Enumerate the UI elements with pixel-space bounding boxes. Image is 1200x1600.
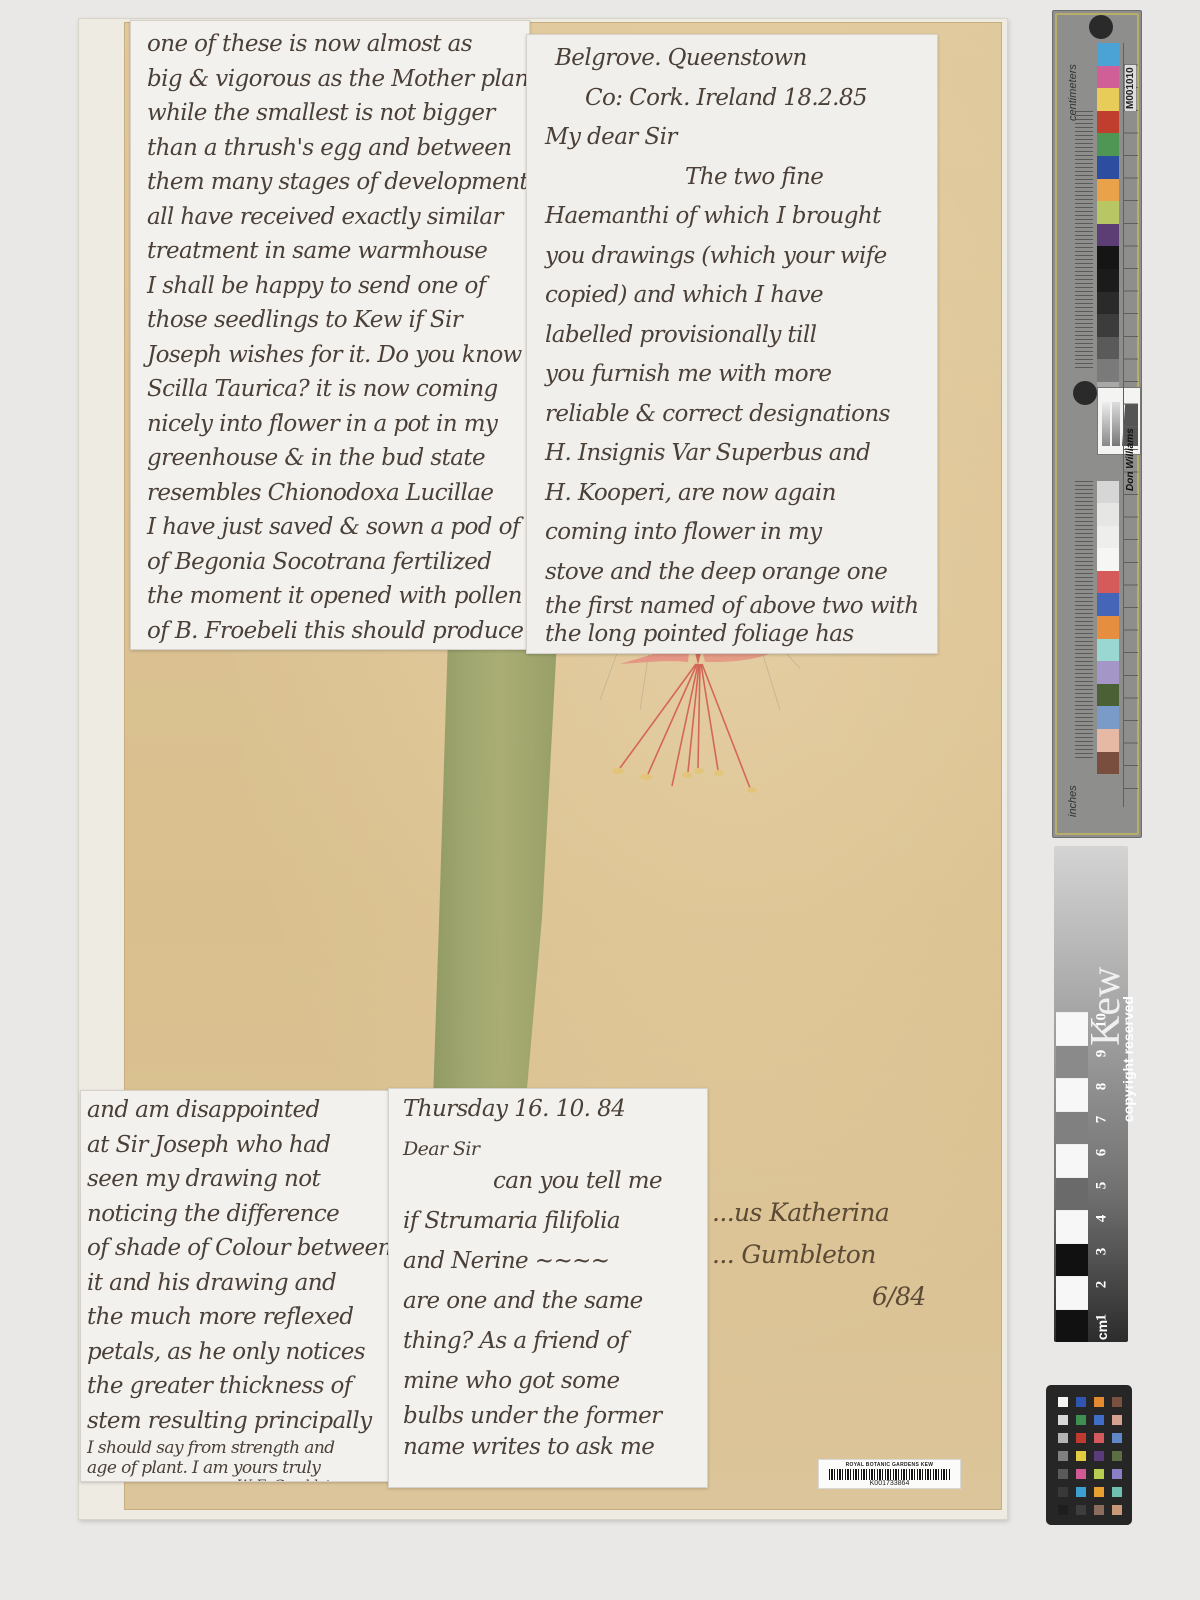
copyright-notice: copyright reserved (1120, 996, 1136, 1122)
color-patch (1097, 481, 1119, 504)
color-patch (1097, 337, 1119, 360)
color-swatch (1094, 1487, 1104, 1497)
color-patch (1097, 179, 1119, 202)
flower-drawing (600, 640, 800, 810)
handwritten-line: the long pointed foliage has (545, 620, 918, 648)
cm-ruler-ticks (1075, 111, 1093, 371)
salutation: My dear Sir (545, 118, 918, 158)
handwritten-line: and Nerine ~~~~ (403, 1241, 662, 1281)
handwritten-line: copied) and which I have (545, 276, 918, 316)
handwritten-line: the moment it opened with pollen (147, 579, 530, 614)
scale-number: 10 (1094, 1009, 1111, 1033)
handwritten-line: resembles Chionodoxa Lucillae (147, 476, 530, 511)
handwritten-line: labelled provisionally till (545, 316, 918, 356)
handwritten-line: the first named of above two with (545, 592, 918, 620)
handwritten-line: big & vigorous as the Mother plant (147, 62, 530, 97)
color-patch (1097, 269, 1119, 292)
color-patch (1097, 661, 1119, 684)
scale-numbers: 10 9 8 7 6 5 4 3 2 1 (1090, 1012, 1120, 1342)
color-swatch (1058, 1451, 1068, 1461)
strip-id-code: M001010 (1125, 65, 1136, 111)
letter-date: Thursday 16. 10. 84 (403, 1089, 662, 1129)
handwritten-line: coming into flower in my (545, 513, 918, 553)
color-swatch (1058, 1487, 1068, 1497)
handwritten-line: than a thrush's egg and between (147, 131, 530, 166)
color-swatch (1076, 1451, 1086, 1461)
color-patch (1097, 752, 1119, 775)
handwritten-line: those seedlings to Kew if Sir (147, 303, 530, 338)
color-checker-card (1046, 1385, 1132, 1525)
color-swatch (1094, 1433, 1104, 1443)
color-patch (1097, 571, 1119, 594)
color-patch (1097, 246, 1119, 269)
salutation: Dear Sir (403, 1129, 662, 1161)
scale-number: 6 (1094, 1141, 1111, 1165)
institution-name: ROYAL BOTANIC GARDENS KEW (819, 1462, 960, 1469)
letter-top-left: one of these is now almost as big & vigo… (130, 20, 530, 650)
letter-text: Belgrove. Queenstown Co: Cork. Ireland 1… (545, 39, 918, 648)
handwritten-line: noticing the difference (87, 1197, 392, 1232)
color-patch (1097, 201, 1119, 224)
handwritten-line: at Sir Joseph who had (87, 1128, 392, 1163)
scale-number: 8 (1094, 1075, 1111, 1099)
handwritten-line: you furnish me with more (545, 355, 918, 395)
color-swatch (1112, 1469, 1122, 1479)
annotation-line: ... Gumbleton (712, 1234, 926, 1276)
handwritten-line: Haemanthi of which I brought (545, 197, 918, 237)
address-line: Co: Cork. Ireland 18.2.85 (545, 79, 918, 119)
handwritten-line: greenhouse & in the bud state (147, 441, 530, 476)
handwritten-line: reliable & correct designations (545, 395, 918, 435)
density-table (1123, 43, 1138, 807)
strip-signature: Don Williams (1125, 428, 1136, 491)
handwritten-line: can you tell me (403, 1161, 662, 1201)
letter-text: and am disappointed at Sir Joseph who ha… (87, 1093, 392, 1482)
annotation-line: ...us Katherina (712, 1192, 926, 1234)
color-patch (1097, 156, 1119, 179)
scale-number: 4 (1094, 1207, 1111, 1231)
handwritten-line: thing? As a friend of (403, 1321, 662, 1361)
color-patch (1097, 639, 1119, 662)
handwritten-line: and am disappointed (87, 1093, 392, 1128)
handwritten-line: if Strumaria filifolia (403, 1201, 662, 1241)
color-swatch (1076, 1415, 1086, 1425)
color-swatch (1112, 1505, 1122, 1515)
sheet-annotation: ...us Katherina ... Gumbleton 6/84 (712, 1192, 926, 1318)
annotation-date: 6/84 (712, 1276, 926, 1318)
handwritten-line: of B. Froebeli this should produce (147, 614, 530, 649)
color-patch (1097, 548, 1119, 571)
color-patch (1097, 111, 1119, 134)
color-patch (1097, 66, 1119, 89)
color-swatch (1076, 1397, 1086, 1407)
color-patch (1097, 526, 1119, 549)
handwritten-line: mine who got some (403, 1361, 662, 1401)
handwritten-line: stove and the deep orange one (545, 553, 918, 593)
scale-number: 5 (1094, 1174, 1111, 1198)
scale-number: 2 (1094, 1273, 1111, 1297)
handwritten-line: bulbs under the former (403, 1401, 662, 1435)
color-patch (1097, 729, 1119, 752)
handwritten-line: them many stages of development (147, 165, 530, 200)
handwritten-line: I shall be happy to send one of (147, 269, 530, 304)
barcode-number: K001733864 (819, 1480, 960, 1488)
unit-label: cm (1094, 1320, 1110, 1340)
color-swatch (1058, 1397, 1068, 1407)
color-patch (1097, 616, 1119, 639)
color-swatch (1112, 1487, 1122, 1497)
inches-label: inches (1067, 785, 1079, 817)
handwritten-line: are one and the same (403, 1281, 662, 1321)
color-swatch (1094, 1397, 1104, 1407)
color-swatch (1076, 1505, 1086, 1515)
color-patch (1097, 133, 1119, 156)
color-calibration-strip: centimeters inches M001010 Don Williams (1052, 10, 1142, 838)
handwritten-line: nicely into flower in a pot in my (147, 407, 530, 442)
handwritten-line: H. Kooperi, are now again (545, 474, 918, 514)
letter-top-right: Belgrove. Queenstown Co: Cork. Ireland 1… (526, 34, 938, 654)
color-swatch (1076, 1469, 1086, 1479)
color-patch (1097, 292, 1119, 315)
handwritten-line: treatment in same warmhouse (147, 234, 530, 269)
handwritten-line: age of plant. I am yours truly (87, 1458, 392, 1478)
color-swatch (1112, 1451, 1122, 1461)
letter-text: one of these is now almost as big & vigo… (147, 27, 530, 650)
color-patch (1097, 593, 1119, 616)
handwritten-line: name writes to ask me (403, 1435, 662, 1463)
handwritten-line: seen my drawing not (87, 1162, 392, 1197)
color-swatch (1094, 1505, 1104, 1515)
handwritten-line: I should say from strength and (87, 1438, 392, 1458)
handwritten-line: petals, as he only notices (87, 1335, 392, 1370)
color-swatch (1058, 1469, 1068, 1479)
color-patch (1097, 503, 1119, 526)
kew-scale-ruler: Kew 10 9 8 7 6 5 4 3 2 1 copyright reser… (1054, 846, 1128, 1342)
handwritten-line: The two fine (545, 158, 918, 198)
color-swatch (1058, 1415, 1068, 1425)
barcode (829, 1469, 950, 1480)
color-patch (1097, 224, 1119, 247)
color-swatch (1112, 1433, 1122, 1443)
handwritten-line: one of these is now almost as (147, 27, 530, 62)
color-patch (1097, 706, 1119, 729)
barcode-label: ROYAL BOTANIC GARDENS KEW K001733864 (818, 1459, 961, 1489)
handwritten-line: I have just saved & sown a pod of seed (147, 510, 530, 545)
strip-hole (1073, 381, 1097, 405)
scale-number: 7 (1094, 1108, 1111, 1132)
color-patch (1097, 684, 1119, 707)
address-line: Belgrove. Queenstown (545, 39, 918, 79)
inch-ruler-ticks (1075, 481, 1093, 761)
color-patch (1097, 359, 1119, 382)
handwritten-line: the greater thickness of (87, 1369, 392, 1404)
handwritten-line: it and his drawing and (87, 1266, 392, 1301)
color-swatch (1094, 1469, 1104, 1479)
handwritten-line: Scilla Taurica? it is now coming (147, 372, 530, 407)
color-swatch (1112, 1415, 1122, 1425)
handwritten-line: all have received exactly similar (147, 200, 530, 235)
color-swatch (1058, 1505, 1068, 1515)
letter-bottom-right: Thursday 16. 10. 84 Dear Sir can you tel… (388, 1088, 708, 1488)
color-swatch (1094, 1415, 1104, 1425)
color-swatch (1112, 1397, 1122, 1407)
color-swatch (1058, 1433, 1068, 1443)
letter-text: Thursday 16. 10. 84 Dear Sir can you tel… (403, 1089, 662, 1463)
scale-number: 3 (1094, 1240, 1111, 1264)
color-swatch (1076, 1487, 1086, 1497)
handwritten-line: of Begonia Socotrana fertilized (147, 545, 530, 580)
handwritten-line: of shade of Colour between (87, 1231, 392, 1266)
letter-bottom-left: and am disappointed at Sir Joseph who ha… (80, 1090, 392, 1482)
signature-line: W. E. Gumbleton (87, 1478, 392, 1482)
handwritten-line: Joseph wishes for it. Do you know (147, 338, 530, 373)
strip-hole (1089, 15, 1113, 39)
color-patch (1097, 314, 1119, 337)
handwritten-line: H. Insignis Var Superbus and (545, 434, 918, 474)
handwritten-line: stem resulting principally (87, 1404, 392, 1439)
handwritten-line: the much more reflexed (87, 1300, 392, 1335)
handwritten-line: while the smallest is not bigger (147, 96, 530, 131)
color-swatch (1094, 1451, 1104, 1461)
color-patch (1097, 43, 1119, 66)
handwritten-line: you drawings (which your wife (545, 237, 918, 277)
handwritten-line: something curious I think. I am (147, 648, 530, 650)
scale-bars (1056, 1012, 1088, 1342)
color-swatch (1076, 1433, 1086, 1443)
color-patch (1097, 88, 1119, 111)
scale-number: 9 (1094, 1042, 1111, 1066)
